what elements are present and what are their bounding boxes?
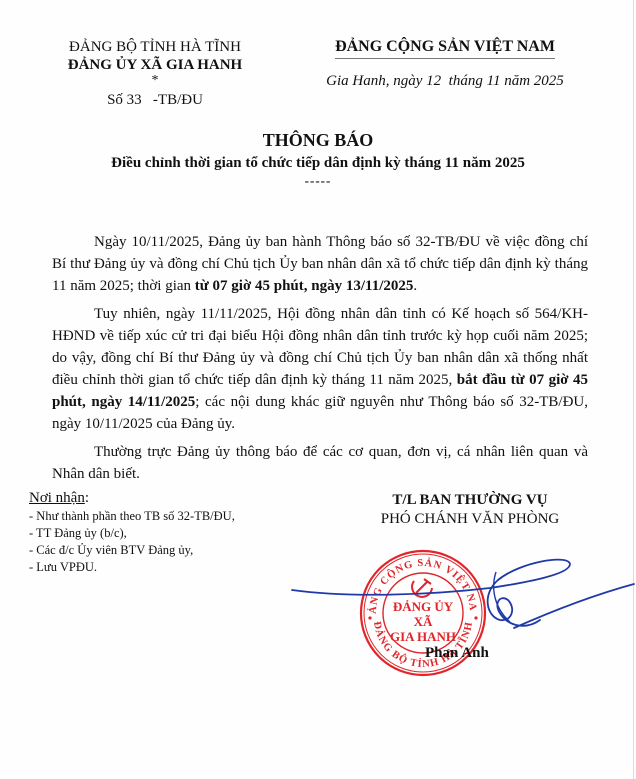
national-header: ĐẢNG CỘNG SẢN VIỆT NAM Gia Hanh, ngày 12…: [300, 38, 590, 90]
signing-authority: T/L BAN THƯỜNG VỤ: [345, 491, 595, 510]
signer-name: Phan Anh: [425, 645, 489, 662]
paragraph-3-text: Thường trực Đảng ủy thông báo để các cơ …: [52, 444, 588, 482]
issuing-authority: ĐẢNG BỘ TỈNH HÀ TĨNH ĐẢNG ỦY XÃ GIA HANH…: [30, 38, 280, 109]
place-date: Gia Hanh, ngày 12 tháng 11 năm 2025: [300, 73, 590, 90]
recipients-label: Nơi nhận: [29, 490, 85, 506]
paragraph-1-bold: từ 07 giờ 45 phút, ngày 13/11/2025: [195, 278, 414, 294]
recipient-item: - TT Đảng ủy (b/c),: [29, 525, 235, 542]
document-body: Ngày 10/11/2025, Đảng ủy ban hành Thông …: [52, 231, 588, 491]
paragraph-2: Tuy nhiên, ngày 11/11/2025, Hội đồng nhâ…: [52, 303, 588, 435]
paragraph-1: Ngày 10/11/2025, Đảng ủy ban hành Thông …: [52, 231, 588, 297]
recipients-colon: :: [85, 490, 89, 506]
recipient-item: - Lưu VPĐU.: [29, 559, 235, 576]
signer-title: PHÓ CHÁNH VĂN PHÒNG: [345, 510, 595, 529]
paragraph-1-end: .: [413, 278, 417, 294]
org-name: ĐẢNG ỦY XÃ GIA HANH: [30, 56, 280, 74]
signature-block: T/L BAN THƯỜNG VỤ PHÓ CHÁNH VĂN PHÒNG: [345, 491, 595, 529]
org-parent: ĐẢNG BỘ TỈNH HÀ TĨNH: [30, 38, 280, 56]
handwritten-signature: [290, 550, 636, 660]
party-motto: ĐẢNG CỘNG SẢN VIỆT NAM: [335, 38, 555, 59]
document-subtitle: Điều chỉnh thời gian tổ chức tiếp dân đị…: [0, 155, 636, 172]
document-number: Số 33 -TB/ĐU: [30, 91, 280, 109]
recipient-item: - Như thành phần theo TB số 32-TB/ĐU,: [29, 508, 235, 525]
paragraph-3: Thường trực Đảng ủy thông báo để các cơ …: [52, 441, 588, 485]
document-title: THÔNG BÁO: [0, 130, 636, 151]
recipient-item: - Các đ/c Ủy viên BTV Đảng ủy,: [29, 542, 235, 559]
title-separator: -----: [0, 173, 636, 189]
star-separator: *: [30, 74, 280, 88]
page-edge: [633, 0, 634, 779]
recipients-block: Nơi nhận: - Như thành phần theo TB số 32…: [29, 489, 235, 576]
